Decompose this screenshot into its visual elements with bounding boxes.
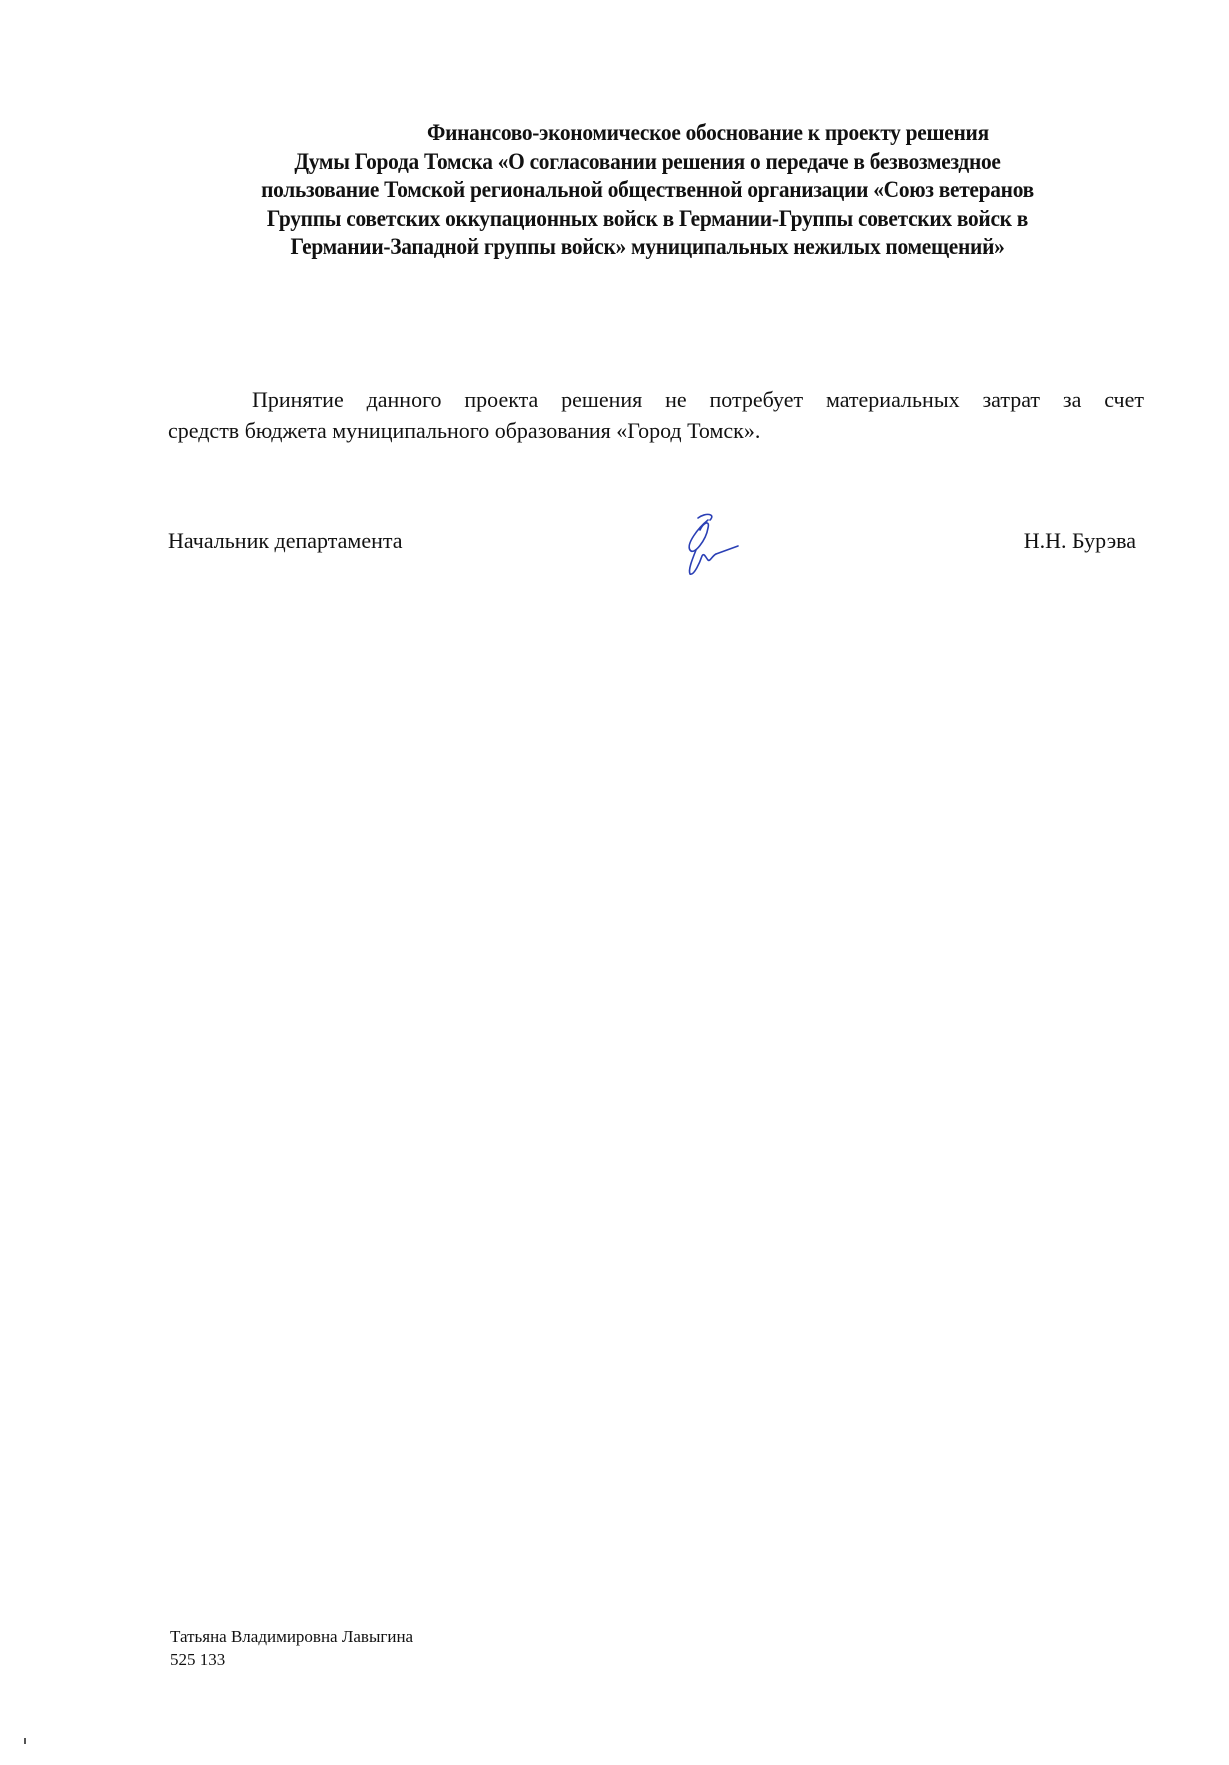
title-line-5: Германии-Западной группы войск» муниципа… bbox=[199, 233, 1096, 262]
handwritten-signature-icon bbox=[668, 510, 758, 580]
body-paragraph: Принятие данного проекта решения не потр… bbox=[168, 384, 1144, 446]
body-line-2: средств бюджета муниципального образован… bbox=[168, 415, 1144, 446]
scan-mark bbox=[24, 1738, 26, 1744]
signature-block: Начальник департамента Н.Н. Бурэва bbox=[168, 528, 1136, 588]
body-line-1: Принятие данного проекта решения не потр… bbox=[168, 384, 1144, 415]
title-line-3: пользование Томской региональной обществ… bbox=[199, 176, 1096, 205]
signatory-position: Начальник департамента bbox=[168, 528, 403, 554]
signatory-name: Н.Н. Бурэва bbox=[1024, 528, 1136, 554]
title-line-1: Финансово-экономическое обоснование к пр… bbox=[199, 119, 1096, 148]
title-line-2: Думы Города Томска «О согласовании решен… bbox=[199, 148, 1096, 177]
executor-name: Татьяна Владимировна Лавыгина bbox=[170, 1625, 413, 1648]
document-title: Финансово-экономическое обоснование к пр… bbox=[199, 119, 1096, 262]
title-line-4: Группы советских оккупационных войск в Г… bbox=[199, 205, 1096, 234]
executor-phone: 525 133 bbox=[170, 1648, 413, 1671]
executor-footer: Татьяна Владимировна Лавыгина 525 133 bbox=[170, 1625, 413, 1671]
